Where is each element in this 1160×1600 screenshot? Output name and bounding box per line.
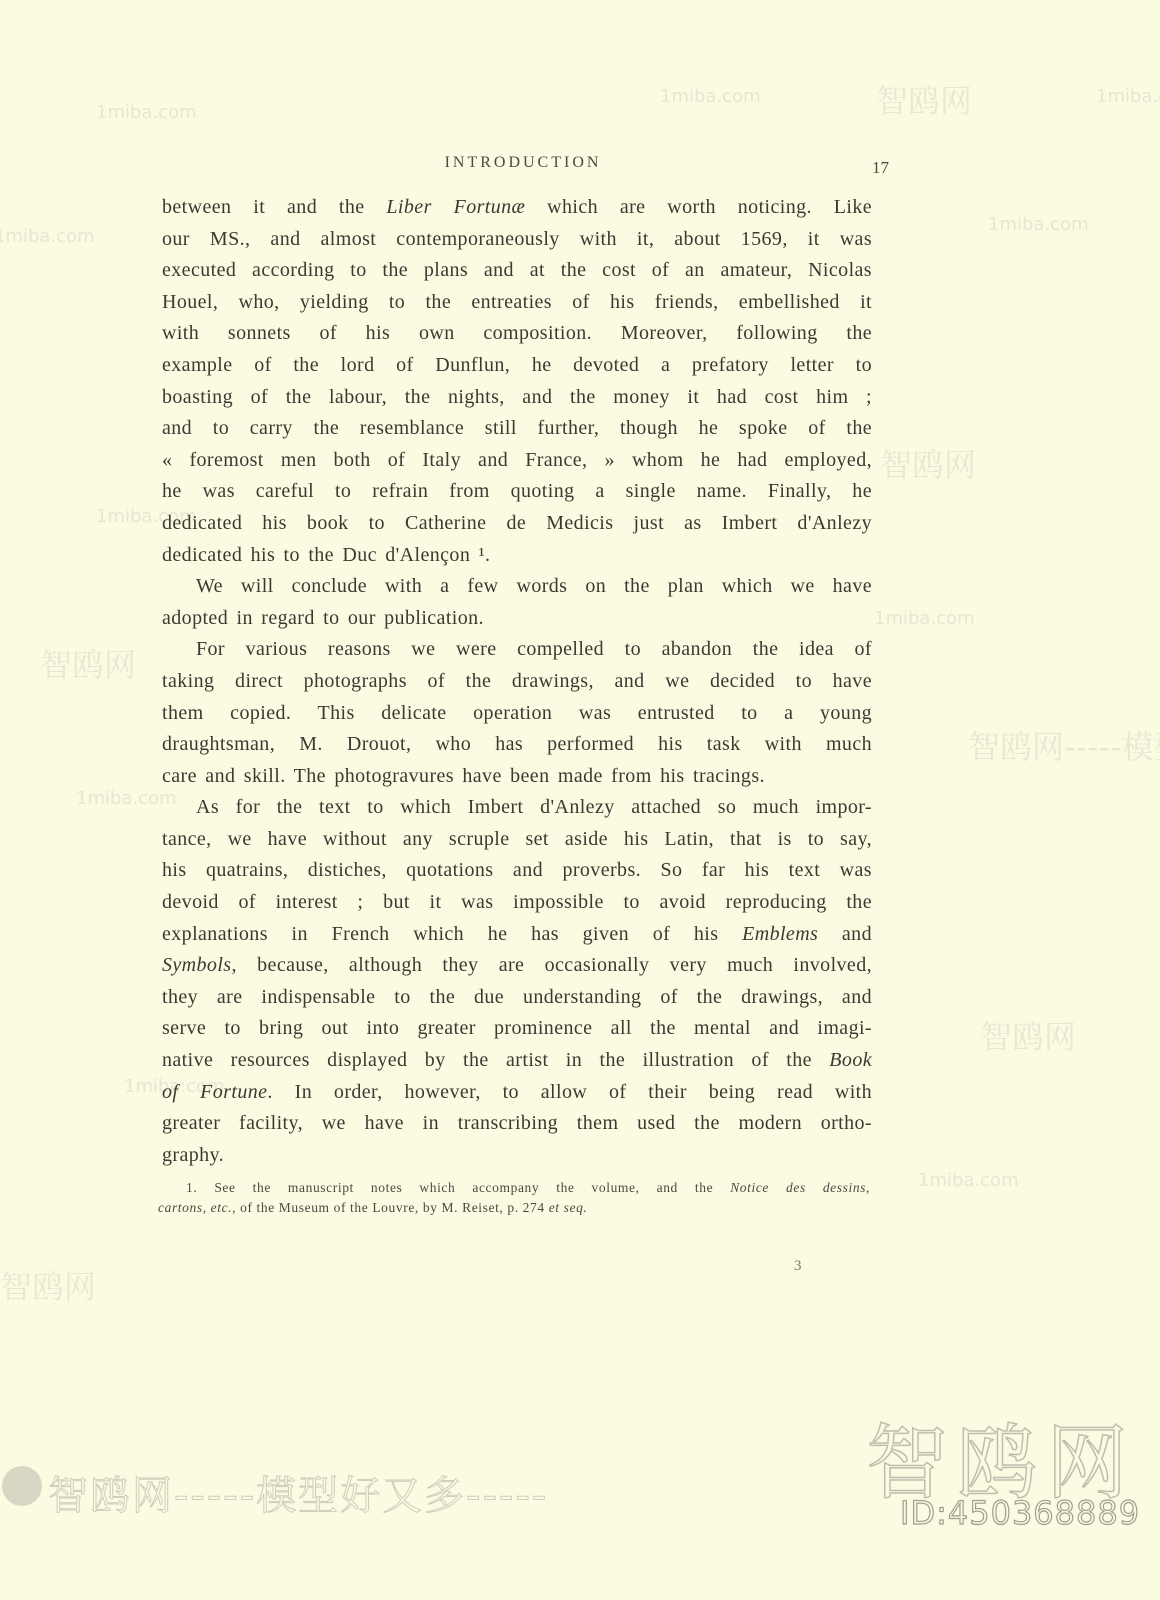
text-line: We will conclude with a few words on the… xyxy=(162,571,872,603)
signature-mark: 3 xyxy=(794,1258,802,1275)
watermark-brand: 智鸥网 xyxy=(876,76,972,122)
text-line: care and skill. The photogravures have b… xyxy=(162,761,872,793)
text-line: devoid of interest ; but it was impossib… xyxy=(162,887,872,919)
paragraph-2: We will conclude with a few words on the… xyxy=(162,571,872,634)
paragraph-4: As for the text to which Imbert d'Anlezy… xyxy=(162,792,872,1171)
watermark-site: 1miba.com xyxy=(96,102,197,123)
running-title: INTRODUCTION xyxy=(0,154,1046,172)
text-line: cartons, etc., of the Museum of the Louv… xyxy=(158,1198,870,1218)
watermark-site: 1miba.com xyxy=(988,214,1089,235)
watermark-brand: 智鸥网 xyxy=(880,440,976,486)
body-text: between it and the Liber Fortunæ which a… xyxy=(162,192,872,1171)
watermark-slogan-bottom: 智鸥网-----模型好又多----- xyxy=(48,1464,548,1521)
watermark-id: ID:450368889 xyxy=(900,1494,1140,1532)
watermark-brand: 智鸥网 xyxy=(980,1012,1076,1058)
text-line: explanations in French which he has give… xyxy=(162,919,872,951)
paragraph-1: between it and the Liber Fortunæ which a… xyxy=(162,192,872,571)
text-line: boasting of the labour, the nights, and … xyxy=(162,382,872,414)
text-line: Symbols, because, although they are occa… xyxy=(162,950,872,982)
text-line: 1. See the manuscript notes which accomp… xyxy=(158,1178,870,1198)
text-line: executed according to the plans and at t… xyxy=(162,255,872,287)
watermark-site: 1miba.com xyxy=(660,86,761,107)
text-line: draughtsman, M. Drouot, who has performe… xyxy=(162,729,872,761)
text-line: with sonnets of his own composition. Mor… xyxy=(162,318,872,350)
watermark-brand: 智鸥网 xyxy=(40,640,136,686)
text-line: greater facility, we have in transcribin… xyxy=(162,1108,872,1140)
page-number: 17 xyxy=(872,158,889,178)
watermark-site: 1miba.com xyxy=(874,608,975,629)
text-line: dedicated his to the Duc d'Alençon ¹. xyxy=(162,540,872,572)
watermark-site: 1miba.com xyxy=(918,1170,1019,1191)
text-line: graphy. xyxy=(162,1140,872,1172)
text-line: and to carry the resemblance still furth… xyxy=(162,413,872,445)
text-line: example of the lord of Dunflun, he devot… xyxy=(162,350,872,382)
text-line: serve to bring out into greater prominen… xyxy=(162,1013,872,1045)
text-line: Houel, who, yielding to the entreaties o… xyxy=(162,287,872,319)
text-line: « foremost men both of Italy and France,… xyxy=(162,445,872,477)
watermark-site: 1miba.com xyxy=(0,226,95,247)
watermark-brand: 智鸥网 xyxy=(0,1262,96,1308)
text-line: he was careful to refrain from quoting a… xyxy=(162,476,872,508)
text-line: adopted in regard to our publication. xyxy=(162,603,872,635)
text-line: dedicated his book to Catherine de Medic… xyxy=(162,508,872,540)
text-line: them copied. This delicate operation was… xyxy=(162,698,872,730)
text-line: his quatrains, distiches, quotations and… xyxy=(162,855,872,887)
watermark-site: 1miba.com xyxy=(1096,86,1160,107)
text-line: they are indispensable to the due unders… xyxy=(162,982,872,1014)
text-line: For various reasons we were compelled to… xyxy=(162,634,872,666)
text-line: of Fortune. In order, however, to allow … xyxy=(162,1077,872,1109)
text-line: taking direct photographs of the drawing… xyxy=(162,666,872,698)
text-line: As for the text to which Imbert d'Anlezy… xyxy=(162,792,872,824)
text-line: tance, we have without any scruple set a… xyxy=(162,824,872,856)
paragraph-3: For various reasons we were compelled to… xyxy=(162,634,872,792)
footnote: 1. See the manuscript notes which accomp… xyxy=(158,1178,870,1218)
document-page: 1miba.com 1miba.com 智鸥网 1miba.com 1miba.… xyxy=(0,0,1160,1600)
text-line: our MS., and almost contemporaneously wi… xyxy=(162,224,872,256)
bird-logo-icon xyxy=(2,1466,42,1506)
text-line: between it and the Liber Fortunæ which a… xyxy=(162,192,872,224)
watermark-slogan: 智鸥网-----模型好又多----- xyxy=(968,722,1160,768)
text-line: native resources displayed by the artist… xyxy=(162,1045,872,1077)
